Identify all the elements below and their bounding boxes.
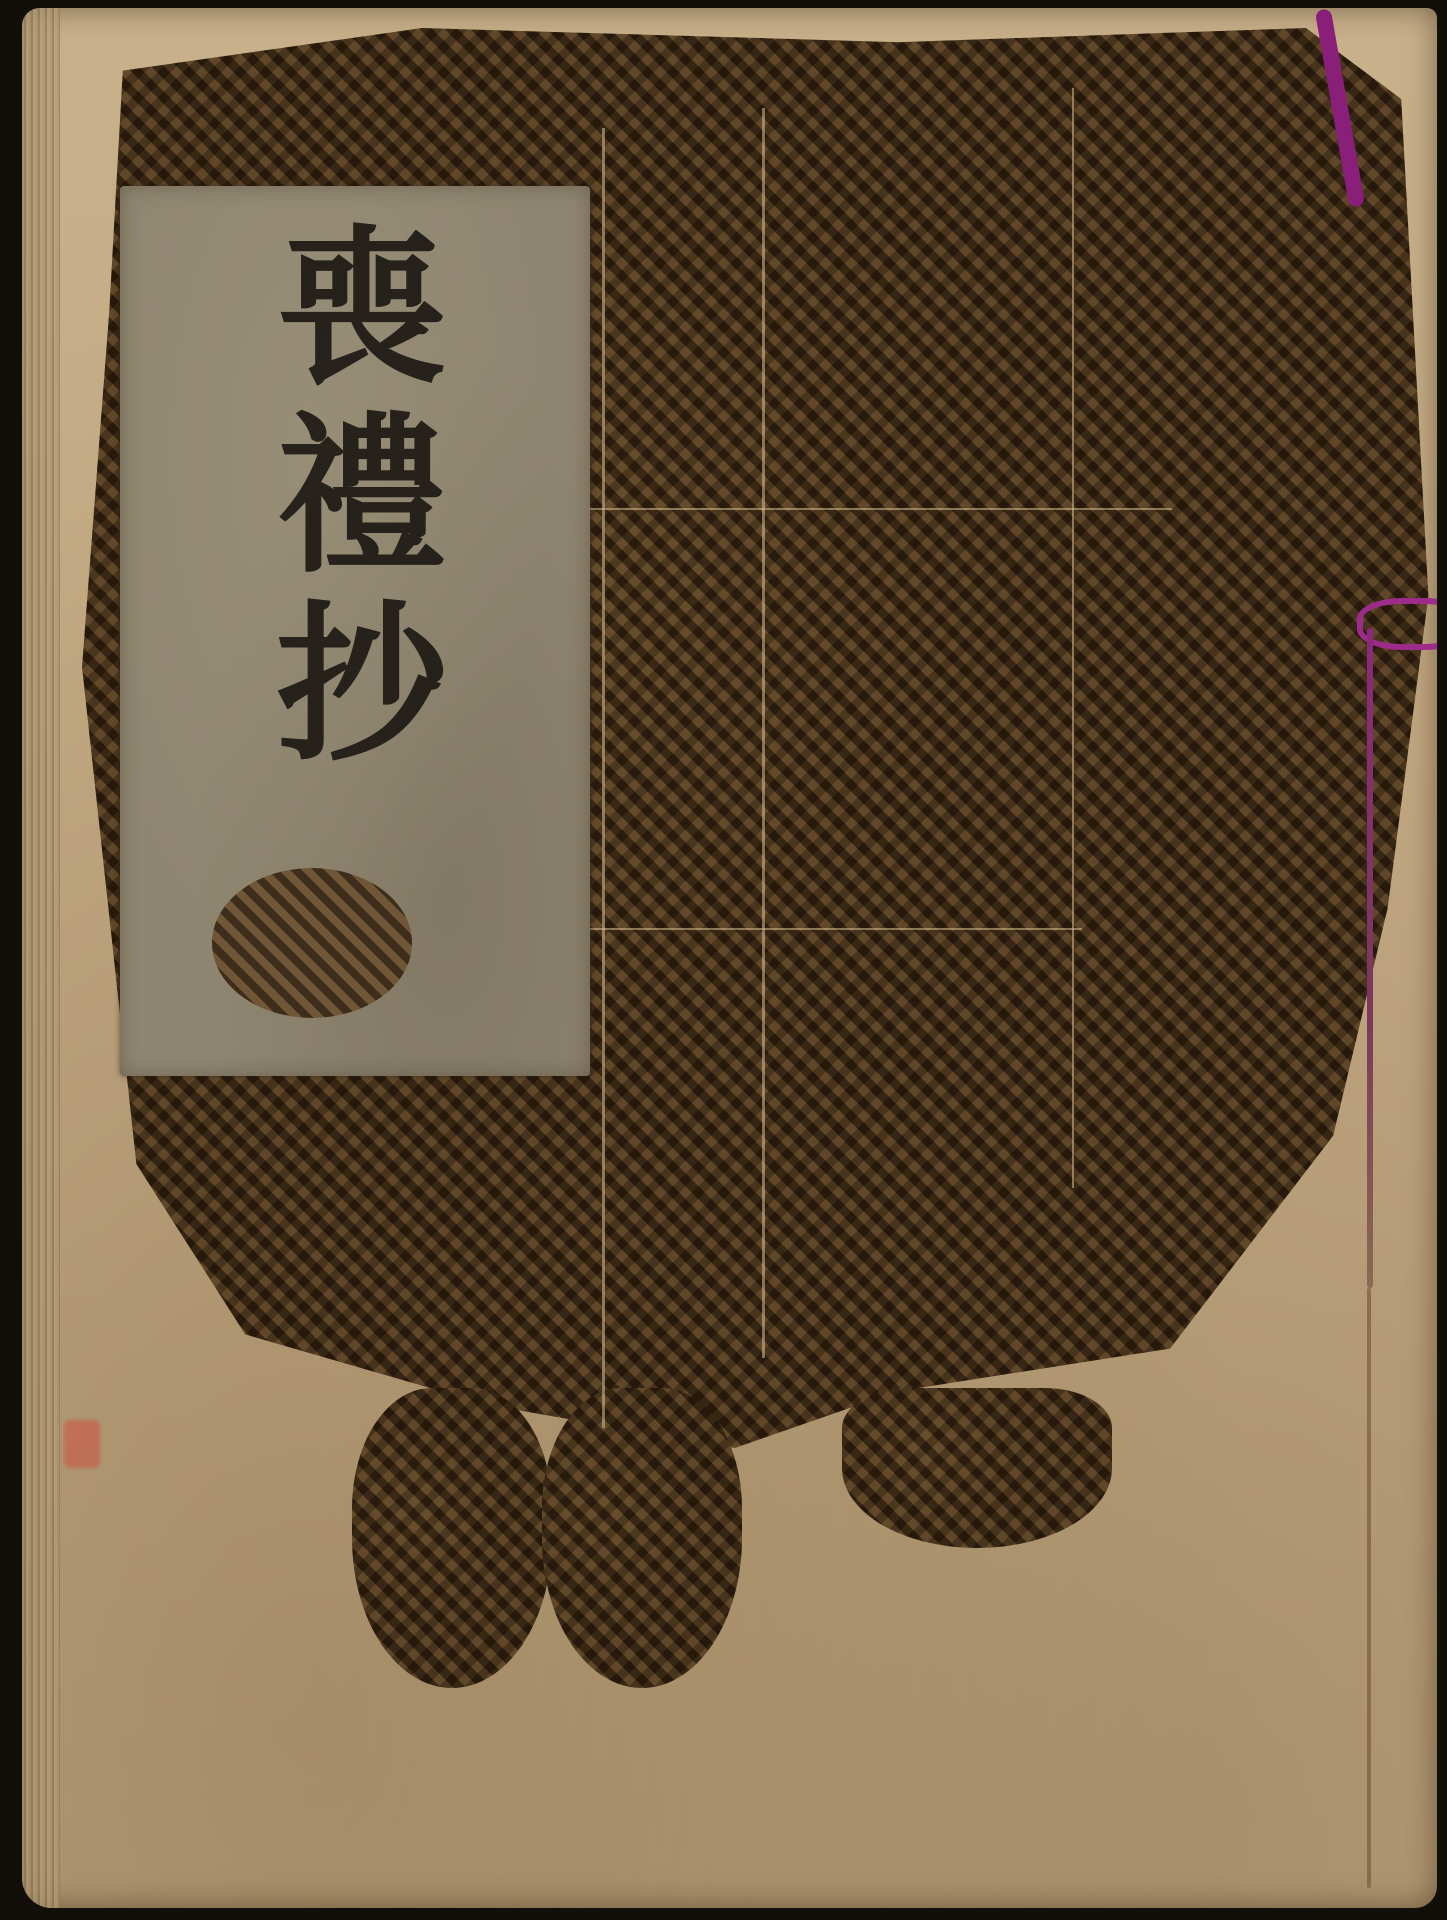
book-cover: 喪禮抄 bbox=[22, 8, 1437, 1908]
page-edges bbox=[22, 8, 60, 1908]
paper-crack bbox=[582, 928, 1082, 930]
paper-crack bbox=[762, 108, 765, 1358]
brocade-fragment bbox=[542, 1388, 742, 1688]
brocade-fragment bbox=[842, 1388, 1112, 1548]
paper-crack bbox=[602, 128, 605, 1428]
brocade-patch bbox=[212, 868, 412, 1018]
binding-thread bbox=[1367, 1288, 1371, 1888]
book-title: 喪禮抄 bbox=[212, 218, 432, 782]
red-seal-stamp bbox=[64, 1420, 100, 1468]
binding-thread bbox=[1367, 628, 1373, 1288]
brocade-fragment bbox=[352, 1388, 552, 1688]
paper-crack bbox=[1072, 88, 1074, 1188]
